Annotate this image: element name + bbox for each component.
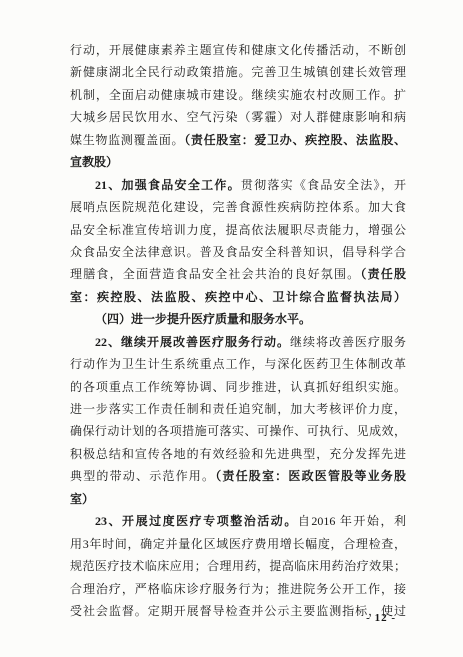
bold-text-segment: 23、开展过度医疗专项整治活动。 xyxy=(95,514,298,528)
text-block: 行动，开展健康素养主题宣传和健康文化传播活动，不断创新健康湖北全民行动政策措施。… xyxy=(70,39,406,622)
text-line: 机制，全面启动健康城市建设。继续实施农村改厕工作。扩 xyxy=(70,84,406,106)
text-line: 进一步落实工作责任制和责任追究制，加大考核评价力度， xyxy=(70,398,406,420)
text-segment: 理膳食，全面营造食品安全社会共治的良好氛围。 xyxy=(70,267,360,281)
text-line: （四）进一步提升医疗质量和服务水平。 xyxy=(70,308,406,330)
text-line: 宣教股） xyxy=(70,151,406,173)
text-segment: 自2016 年开始，利 xyxy=(298,514,406,528)
text-line: 21、加强食品安全工作。贯彻落实《食品安全法》，开 xyxy=(70,174,406,196)
text-segment: 确保行动计划的各项措施可落实、可操作、可执行、见成效， xyxy=(70,424,406,438)
text-line: 展哨点医院规范化建设，完善食源性疾病防控体系。加大食 xyxy=(70,196,406,218)
text-line: 行动作为卫生计生系统重点工作，与深化医药卫生体制改革 xyxy=(70,353,406,375)
text-segment: 积极总结和宣传各地的有效经验和先进典型，充分发挥先进 xyxy=(70,447,406,461)
text-line: 22、继续开展改善医疗服务行动。继续将改善医疗服务 xyxy=(70,331,406,353)
text-segment: 新健康湖北全民行动政策措施。完善卫生城镇创建长效管理 xyxy=(70,65,406,79)
text-line: 规范医疗技术临床应用；合理用药，提高临床用药治疗效果； xyxy=(70,555,406,577)
text-segment: 用3年时间，确定并量化区域医疗费用增长幅度，合理检查， xyxy=(70,537,406,551)
bold-text-segment: 21、加强食品安全工作。 xyxy=(95,178,241,192)
text-segment: 进一步落实工作责任制和责任追究制，加大考核评价力度， xyxy=(70,402,406,416)
text-line: 典型的带动、示范作用。（责任股室：医政医管股等业务股 xyxy=(70,465,406,487)
text-line: 新健康湖北全民行动政策措施。完善卫生城镇创建长效管理 xyxy=(70,61,406,83)
text-segment: 合理治疗，严格临床诊疗服务行为；推进院务公开工作，接 xyxy=(70,582,406,596)
text-segment: 的各项重点工作统筹协调、同步推进，认真抓好组织实施。 xyxy=(70,380,406,394)
text-line: 的各项重点工作统筹协调、同步推进，认真抓好组织实施。 xyxy=(70,376,406,398)
text-segment: 品安全标准宣传培训力度，提高依法履职尽责能力，增强公 xyxy=(70,223,406,237)
bold-text-segment: 22、继续开展改善医疗服务行动。 xyxy=(95,335,290,349)
bold-text-segment: 室：疾控股、法监股、疾控中心、卫计综合监督执法局） xyxy=(70,290,406,304)
text-line: 确保行动计划的各项措施可落实、可操作、可执行、见成效， xyxy=(70,420,406,442)
text-segment: 规范医疗技术临床应用；合理用药，提高临床用药治疗效果； xyxy=(70,559,406,573)
text-segment: 媒生物监测覆盖面。 xyxy=(70,133,184,147)
text-line: 品安全标准宣传培训力度，提高依法履职尽责能力，增强公 xyxy=(70,219,406,241)
bold-text-segment: （责任股室：医政医管股等业务股 xyxy=(215,469,406,483)
text-line: 用3年时间，确定并量化区域医疗费用增长幅度，合理检查， xyxy=(70,533,406,555)
bold-text-segment: （四）进一步提升医疗质量和服务水平。 xyxy=(95,312,311,326)
text-segment: 典型的带动、示范作用。 xyxy=(70,469,215,483)
text-segment: 行动，开展健康素养主题宣传和健康文化传播活动，不断创 xyxy=(70,43,406,57)
bold-text-segment: （责任股室：爱卫办、疾控股、法监股、 xyxy=(184,133,406,147)
text-segment: 机制，全面启动健康城市建设。继续实施农村改厕工作。扩 xyxy=(70,88,406,102)
text-segment: 贯彻落实《食品安全法》，开 xyxy=(241,178,406,192)
text-line: 行动，开展健康素养主题宣传和健康文化传播活动，不断创 xyxy=(70,39,406,61)
text-line: 积极总结和宣传各地的有效经验和先进典型，充分发挥先进 xyxy=(70,443,406,465)
bold-text-segment: 宣教股） xyxy=(70,155,118,169)
text-line: 众食品安全法律意识。普及食品安全科普知识，倡导科学合 xyxy=(70,241,406,263)
bold-text-segment: 室） xyxy=(70,492,94,506)
text-segment: 继续将改善医疗服务 xyxy=(290,335,406,349)
text-segment: 众食品安全法律意识。普及食品安全科普知识，倡导科学合 xyxy=(70,245,406,259)
text-segment: 大城乡居民饮用水、空气污染（雾霾）对人群健康影响和病 xyxy=(70,110,406,124)
text-segment: 展哨点医院规范化建设，完善食源性疾病防控体系。加大食 xyxy=(70,200,406,214)
text-line: 大城乡居民饮用水、空气污染（雾霾）对人群健康影响和病 xyxy=(70,106,406,128)
text-line: 室） xyxy=(70,488,406,510)
text-line: 理膳食，全面营造食品安全社会共治的良好氛围。（责任股 xyxy=(70,263,406,285)
text-line: 23、开展过度医疗专项整治活动。自2016 年开始，利 xyxy=(70,510,406,532)
text-segment: 行动作为卫生计生系统重点工作，与深化医药卫生体制改革 xyxy=(70,357,406,371)
text-line: 媒生物监测覆盖面。（责任股室：爱卫办、疾控股、法监股、 xyxy=(70,129,406,151)
text-line: 合理治疗，严格临床诊疗服务行为；推进院务公开工作，接 xyxy=(70,578,406,600)
document-page: 行动，开展健康素养主题宣传和健康文化传播活动，不断创新健康湖北全民行动政策措施。… xyxy=(0,0,463,657)
text-line: 室：疾控股、法监股、疾控中心、卫计综合监督执法局） xyxy=(70,286,406,308)
bold-text-segment: （责任股 xyxy=(360,267,406,281)
page-number: - 12 - xyxy=(70,612,406,624)
